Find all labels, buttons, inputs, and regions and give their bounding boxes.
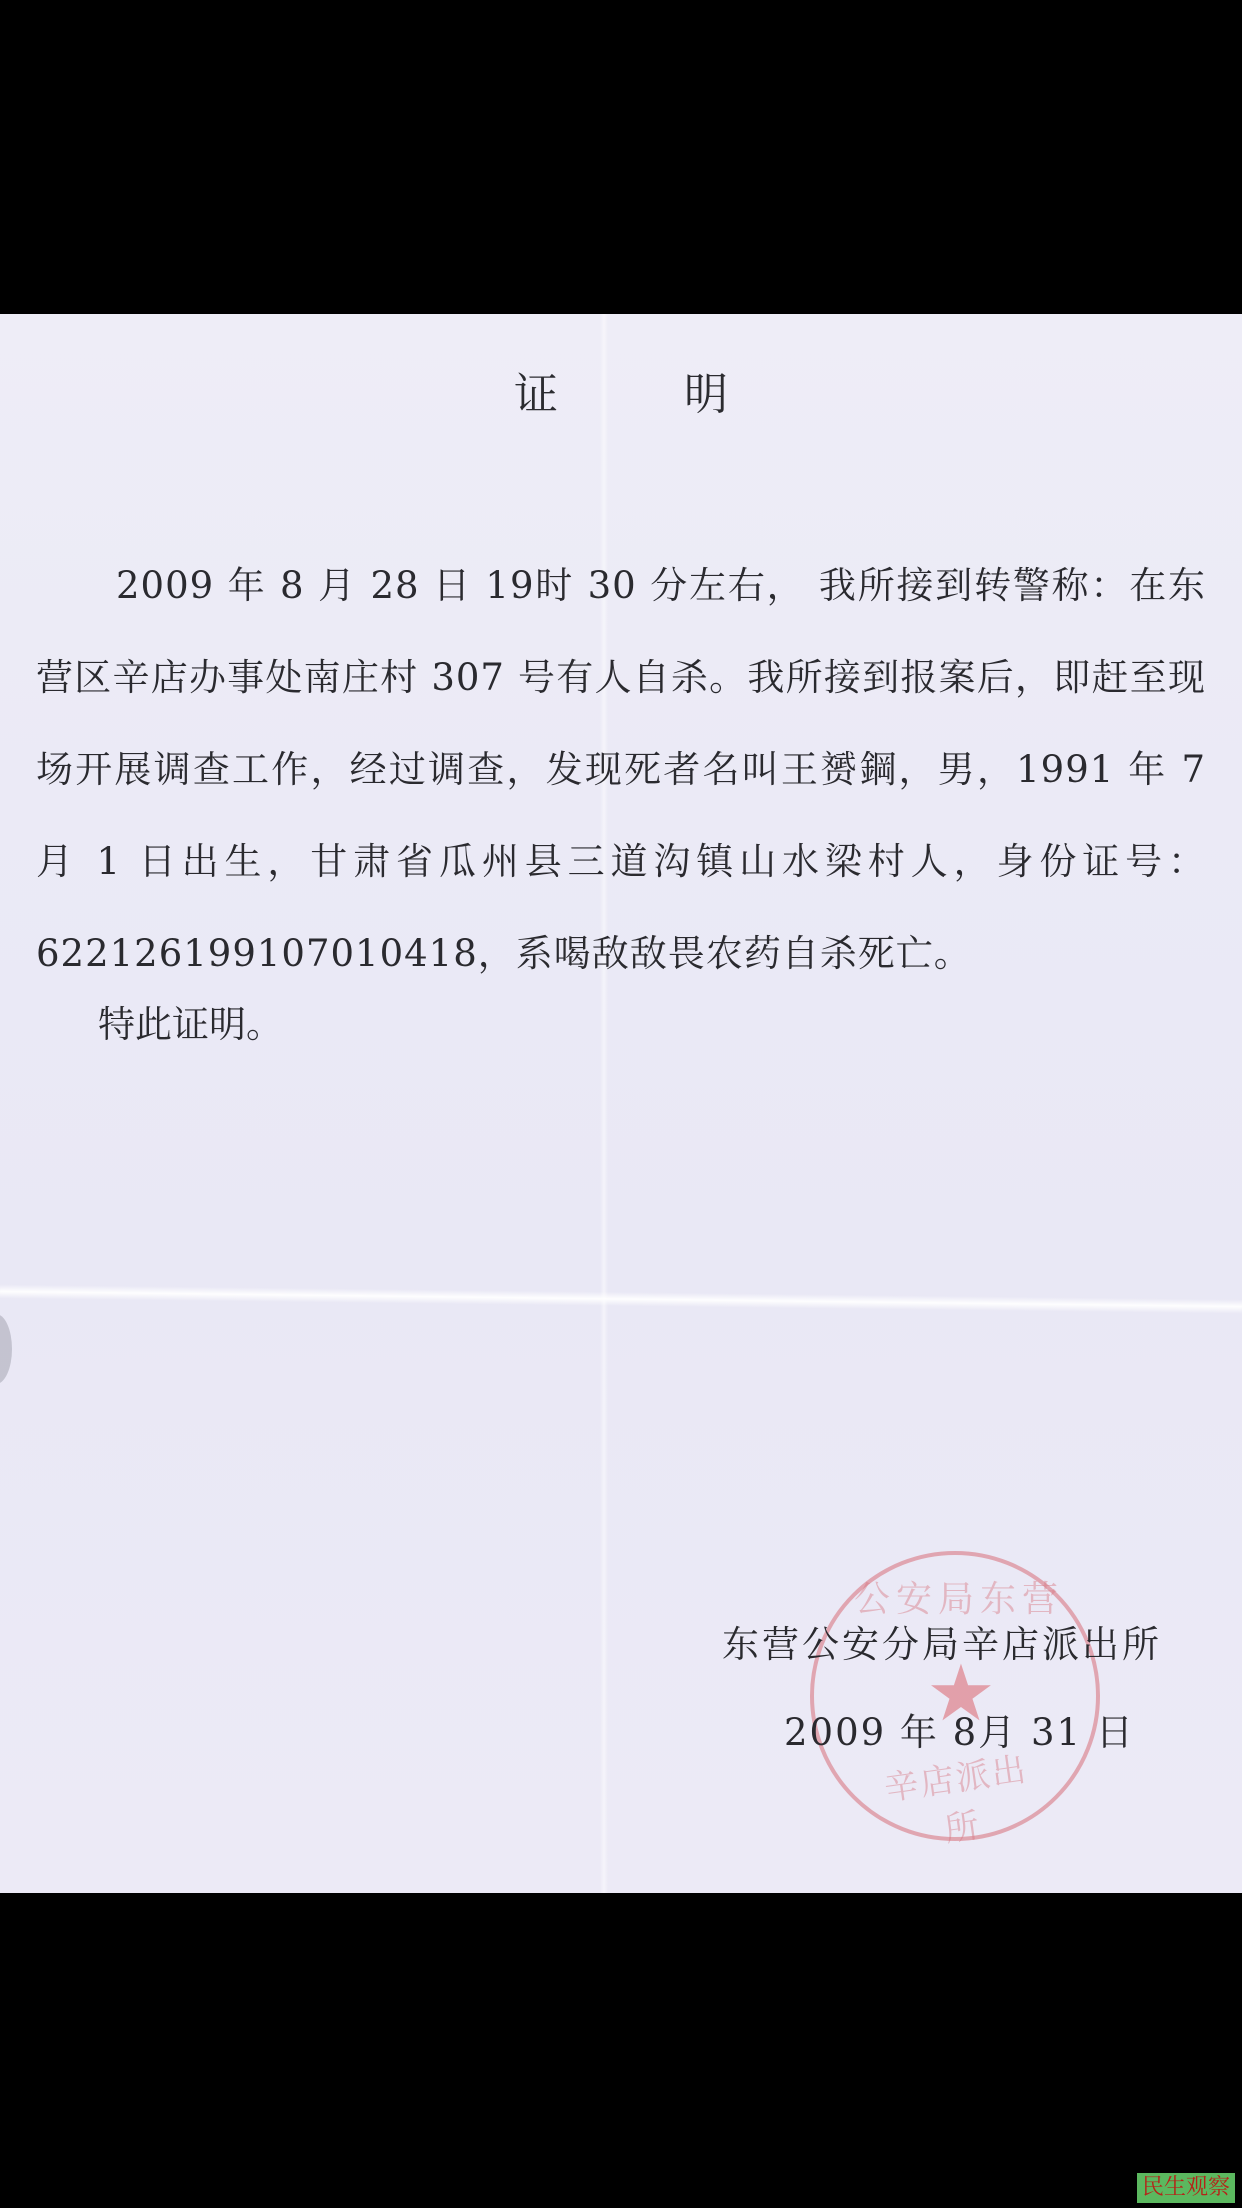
image-viewer: 证 明 2009 年 8 月 28 日 19时 30 分左右， 我所接到转警称：… (0, 0, 1242, 2208)
issue-date: 2009 年 8月 31 日 (784, 1702, 1135, 1756)
document-photo[interactable]: 证 明 2009 年 8 月 28 日 19时 30 分左右， 我所接到转警称：… (0, 314, 1242, 1893)
issuer-name: 东营公安分局辛店派出所 (722, 1614, 1162, 1668)
official-seal-stamp: 公安局东营 ★ 辛店派出所 (810, 1551, 1100, 1841)
watermark-logo: 民生观察 (1137, 2173, 1235, 2203)
document-title: 证 明 (0, 358, 1242, 422)
document-closing: 特此证明。 (98, 994, 283, 1048)
paper-fold-horizontal (0, 1284, 1242, 1313)
stamp-text-bottom: 辛店派出所 (868, 1740, 1050, 1861)
edge-shadow (0, 1314, 12, 1384)
document-body: 2009 年 8 月 28 日 19时 30 分左右， 我所接到转警称：在东营区… (36, 540, 1206, 1000)
